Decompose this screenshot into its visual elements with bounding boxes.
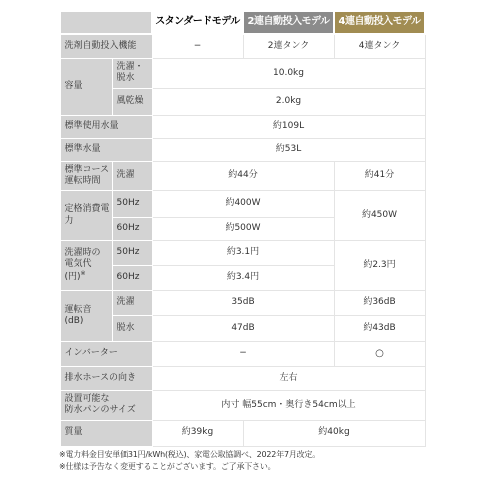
label-inverter: インバーター — [60, 342, 152, 367]
label-capacity: 容量 — [60, 59, 112, 116]
value-electricity-cost-4tank: 約2.3円 — [334, 241, 425, 291]
row-course-time: 標準コース 運転時間 洗濯 約44分 約41分 — [60, 161, 425, 191]
value-auto-dispense-standard: − — [152, 34, 243, 59]
row-drain-hose: 排水ホースの向き 左右 — [60, 367, 425, 391]
footnotes: ※電力料金目安単価31円/kWh(税込)、家電公取協調べ、2022年7月改定。 … — [59, 449, 320, 474]
row-capacity-wash: 容量 洗濯・脱水 10.0kg — [60, 59, 425, 89]
label-electricity-cost-50hz: 50Hz — [112, 241, 152, 266]
label-drain-hose: 排水ホースの向き — [60, 367, 152, 391]
value-capacity-wash-spin: 10.0kg — [152, 59, 425, 89]
row-inverter: インバーター − ○ — [60, 342, 425, 367]
spec-table: スタンダードモデル 2連自動投入モデル 4連自動投入モデル 洗剤自動投入機能 −… — [59, 10, 426, 447]
value-inverter-std-2tank: − — [152, 342, 334, 367]
value-water-usage: 約109L — [152, 115, 425, 138]
row-electricity-cost-50hz: 洗濯時の 電気代(円)※ 50Hz 約3.1円 約2.3円 — [60, 241, 425, 266]
value-pan-size: 内寸 幅55cm・奥行き54cm以上 — [152, 391, 425, 421]
value-course-time-4tank: 約41分 — [334, 161, 425, 191]
value-electricity-cost-50hz: 約3.1円 — [152, 241, 334, 266]
label-capacity-air-dry: 風乾燥 — [112, 88, 152, 115]
label-noise-wash: 洗濯 — [112, 291, 152, 316]
value-noise-wash-std-2tank: 35dB — [152, 291, 334, 316]
label-noise-spin: 脱水 — [112, 316, 152, 342]
value-capacity-air-dry: 2.0kg — [152, 88, 425, 115]
value-water-level: 約53L — [152, 138, 425, 161]
row-water-level: 標準水量 約53L — [60, 138, 425, 161]
value-weight-2tank-4tank: 約40kg — [243, 420, 425, 446]
value-weight-standard: 約39kg — [152, 420, 243, 446]
row-pan-size: 設置可能な 防水パンのサイズ 内寸 幅55cm・奥行き54cm以上 — [60, 391, 425, 421]
spec-comparison-page: スタンダードモデル 2連自動投入モデル 4連自動投入モデル 洗剤自動投入機能 −… — [0, 0, 480, 480]
row-rated-power-50hz: 定格消費電力 50Hz 約400W 約450W — [60, 191, 425, 218]
footnote-mark: ※ — [81, 270, 86, 277]
label-electricity-cost: 洗濯時の 電気代(円)※ — [60, 241, 112, 291]
row-capacity-dry: 風乾燥 2.0kg — [60, 88, 425, 115]
value-electricity-cost-60hz: 約3.4円 — [152, 266, 334, 291]
value-inverter-4tank: ○ — [334, 342, 425, 367]
label-electricity-cost-60hz: 60Hz — [112, 266, 152, 291]
row-auto-dispense: 洗剤自動投入機能 − 2連タンク 4連タンク — [60, 34, 425, 59]
row-weight: 質量 約39kg 約40kg — [60, 420, 425, 446]
header-2tank-model: 2連自動投入モデル — [243, 11, 334, 34]
value-auto-dispense-2tank: 2連タンク — [243, 34, 334, 59]
label-noise: 運転音(dB) — [60, 291, 112, 342]
value-rated-power-50hz: 約400W — [152, 191, 334, 218]
label-pan-size: 設置可能な 防水パンのサイズ — [60, 391, 152, 421]
value-course-time-std-2tank: 約44分 — [152, 161, 334, 191]
header-4tank-model: 4連自動投入モデル — [334, 11, 425, 34]
footnote-electricity-rate: ※電力料金目安単価31円/kWh(税込)、家電公取協調べ、2022年7月改定。 — [59, 449, 320, 461]
label-auto-dispense: 洗剤自動投入機能 — [60, 34, 152, 59]
row-noise-wash: 運転音(dB) 洗濯 35dB 約36dB — [60, 291, 425, 316]
label-water-usage: 標準使用水量 — [60, 115, 152, 138]
row-noise-spin: 脱水 47dB 約43dB — [60, 316, 425, 342]
label-weight: 質量 — [60, 420, 152, 446]
corner-cell — [60, 11, 152, 34]
label-course-time-wash: 洗濯 — [112, 161, 152, 191]
header-standard-model: スタンダードモデル — [152, 11, 243, 34]
value-noise-wash-4tank: 約36dB — [334, 291, 425, 316]
header-row: スタンダードモデル 2連自動投入モデル 4連自動投入モデル — [60, 11, 425, 34]
row-water-usage: 標準使用水量 約109L — [60, 115, 425, 138]
value-rated-power-4tank: 約450W — [334, 191, 425, 241]
value-auto-dispense-4tank: 4連タンク — [334, 34, 425, 59]
value-noise-spin-std-2tank: 47dB — [152, 316, 334, 342]
label-rated-power-50hz: 50Hz — [112, 191, 152, 218]
label-capacity-wash-spin: 洗濯・脱水 — [112, 59, 152, 89]
value-rated-power-60hz: 約500W — [152, 218, 334, 241]
label-rated-power-60hz: 60Hz — [112, 218, 152, 241]
label-course-time: 標準コース 運転時間 — [60, 161, 112, 191]
value-drain-hose: 左右 — [152, 367, 425, 391]
footnote-spec-change: ※仕様は予告なく変更することがございます。ご了承下さい。 — [59, 461, 320, 473]
label-water-level: 標準水量 — [60, 138, 152, 161]
value-noise-spin-4tank: 約43dB — [334, 316, 425, 342]
label-rated-power: 定格消費電力 — [60, 191, 112, 241]
